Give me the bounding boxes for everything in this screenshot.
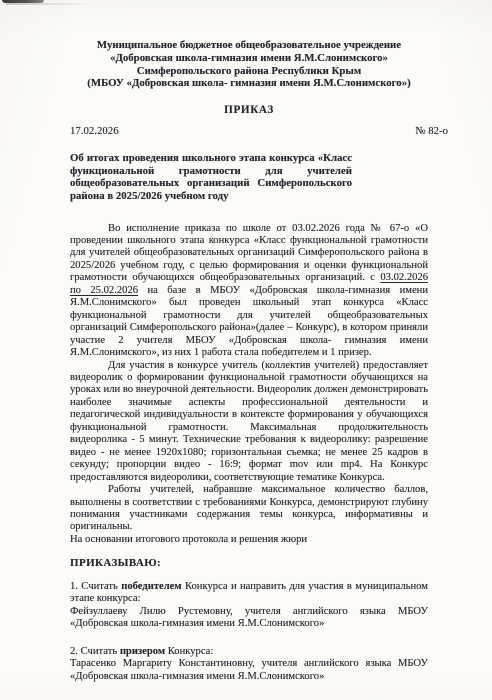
order-item-person: Тарасенко Маргариту Константиновну, учит… bbox=[70, 658, 428, 683]
document-subject: Об итогах проведения школьного этапа кон… bbox=[70, 152, 352, 202]
order-item-text: 1. Считать победителем Конкурса и направ… bbox=[70, 581, 428, 606]
organization-line-4: (МБОУ «Добровская школа- гимназия имени … bbox=[70, 77, 428, 90]
document-body: Во исполнение приказа по школе от 03.02.… bbox=[70, 223, 428, 683]
document-date: 17.02.2026 bbox=[70, 125, 119, 137]
body-paragraph: Работы учителей, набравшие максимальное … bbox=[70, 484, 428, 534]
order-item-2: 2. Считать призером Конкурса: Тарасенко … bbox=[70, 646, 428, 683]
order-item-person: Фейзуллаеву Лилю Рустемовну, учителя анг… bbox=[70, 606, 428, 631]
organization-line-2: «Добровская школа-гимназия имени Я.М.Сло… bbox=[70, 52, 428, 65]
body-paragraph: Для участия в конкурсе учитель (коллекти… bbox=[70, 360, 428, 485]
organization-line-3: Симферопольского района Республики Крым bbox=[70, 65, 428, 78]
order-item-1: 1. Считать победителем Конкурса и направ… bbox=[70, 581, 428, 631]
scan-artifact-smudge bbox=[6, 3, 96, 5]
scanned-order-document: Муниципальное бюджетное общеобразователь… bbox=[0, 0, 492, 700]
organization-header: Муниципальное бюджетное общеобразователь… bbox=[70, 39, 428, 90]
document-meta-row: 17.02.2026 № 82-о bbox=[70, 125, 448, 137]
order-item-text: 2. Считать призером Конкурса: bbox=[70, 646, 428, 658]
order-heading: ПРИКАЗЫВАЮ: bbox=[70, 557, 428, 569]
body-paragraph: На основании итогового протокола и решен… bbox=[70, 534, 428, 546]
document-content: Муниципальное бюджетное общеобразователь… bbox=[0, 0, 492, 683]
organization-line-1: Муниципальное бюджетное общеобразователь… bbox=[70, 39, 428, 52]
document-type-title: ПРИКАЗ bbox=[70, 104, 428, 116]
document-number: № 82-о bbox=[415, 125, 448, 137]
body-paragraph: Во исполнение приказа по школе от 03.02.… bbox=[70, 223, 428, 360]
